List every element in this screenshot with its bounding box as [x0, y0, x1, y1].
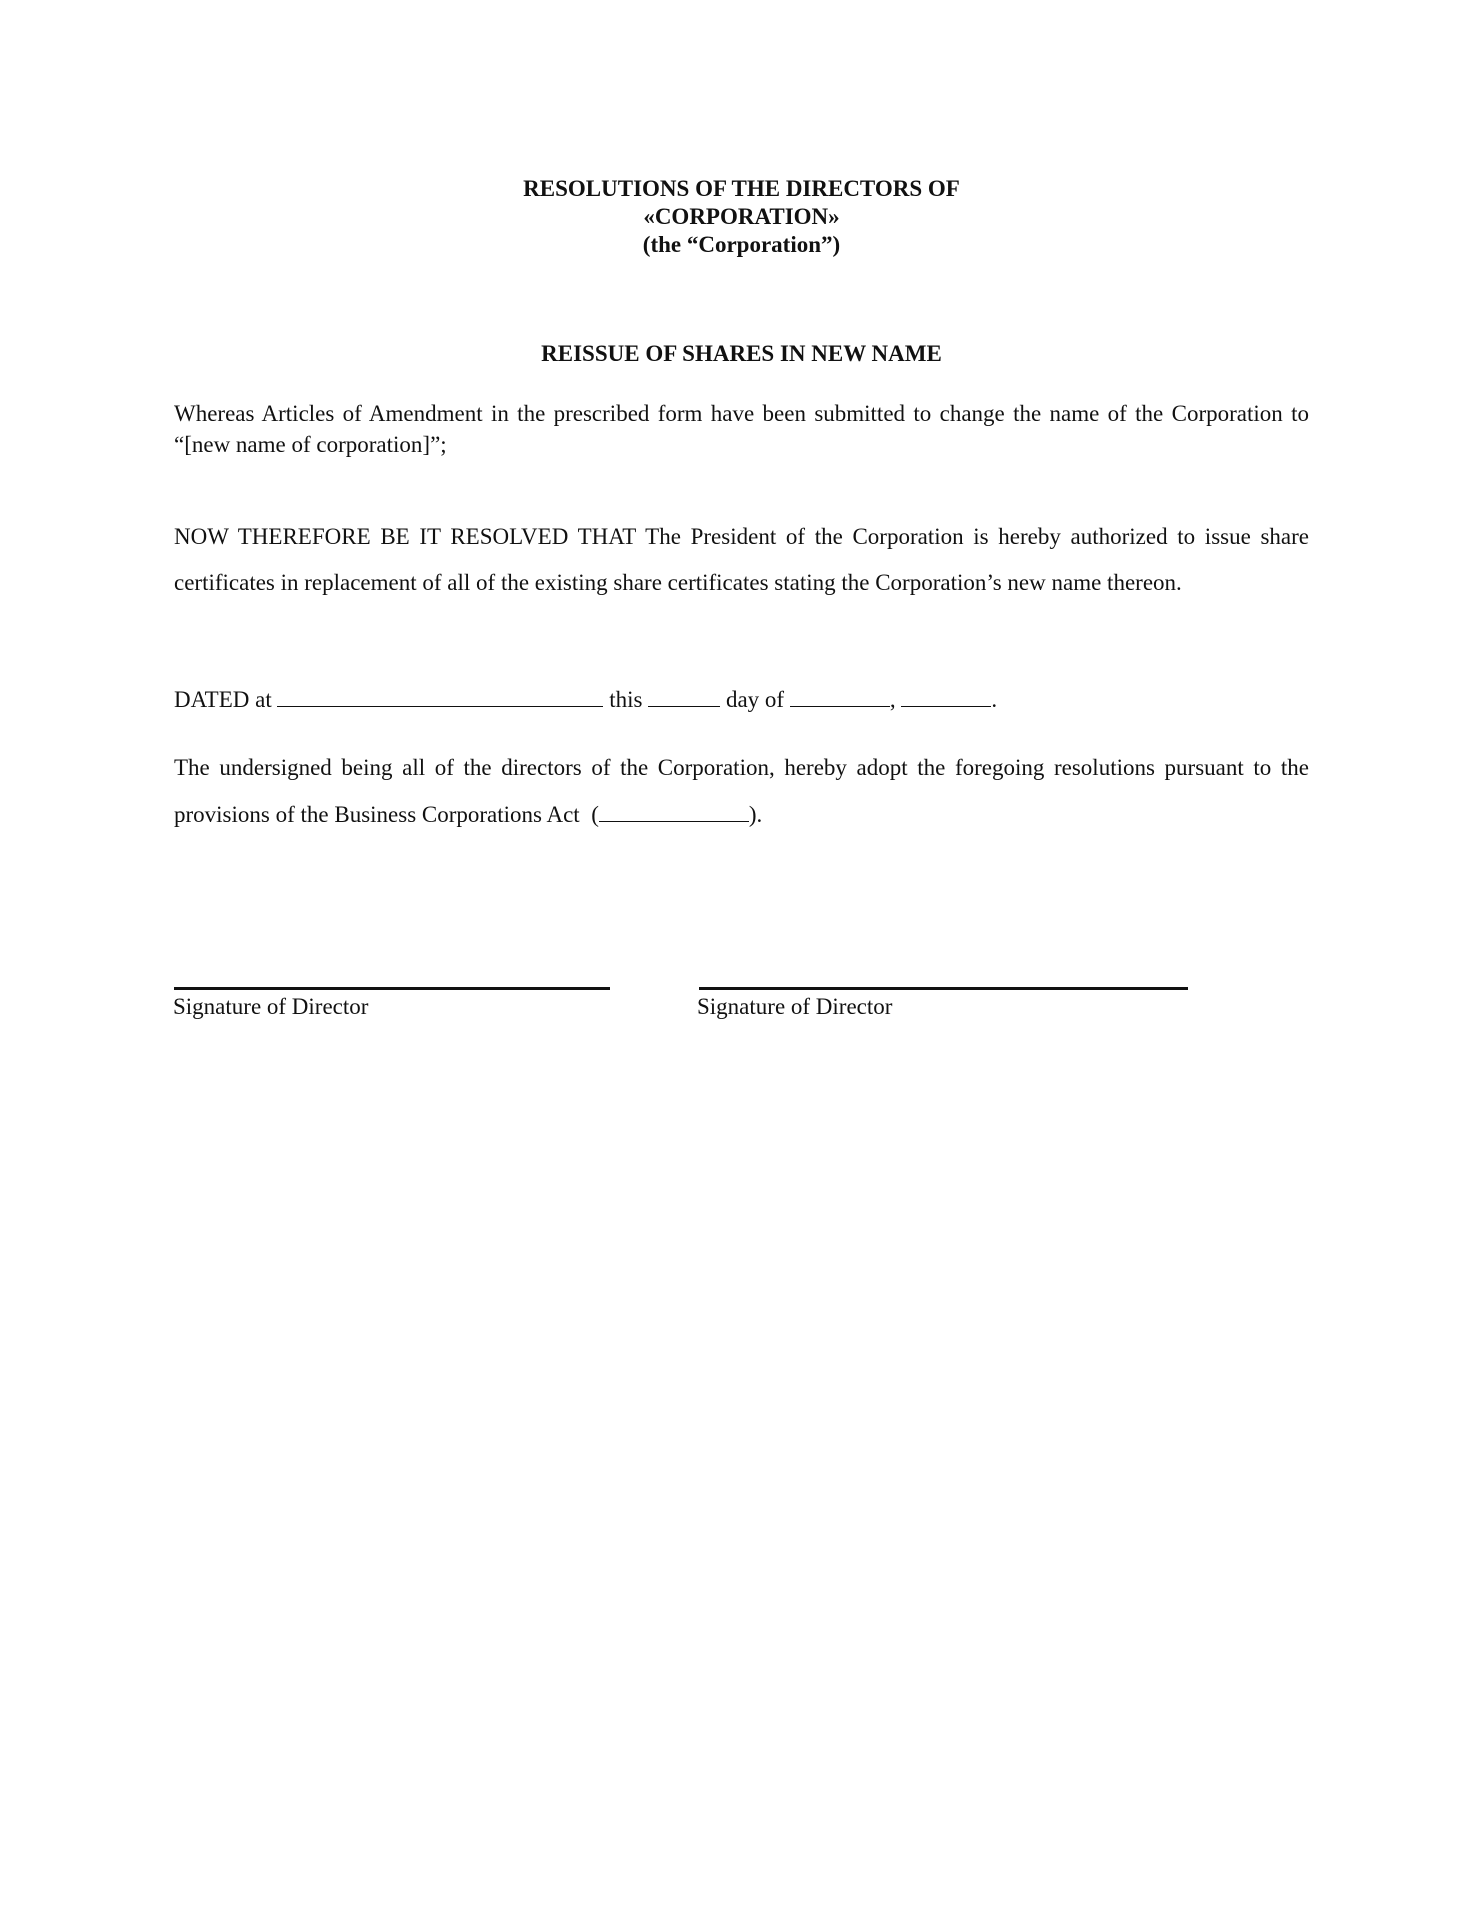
year-blank-field[interactable] [901, 688, 991, 707]
adoption-close-paren: ). [749, 802, 762, 827]
whereas-paragraph: Whereas Articles of Amendment in the pre… [174, 398, 1309, 460]
document-title-definition: (the “Corporation”) [0, 231, 1483, 259]
dated-line: DATED at this day of , . [174, 684, 1309, 715]
resolution-heading: REISSUE OF SHARES IN NEW NAME [0, 341, 1483, 367]
document-page: RESOLUTIONS OF THE DIRECTORS OF «CORPORA… [0, 0, 1483, 1920]
document-title-line-1: RESOLUTIONS OF THE DIRECTORS OF [0, 175, 1483, 203]
document-title-corporation: «CORPORATION» [0, 203, 1483, 231]
signature-line-1[interactable] [174, 987, 610, 990]
place-blank-field[interactable] [277, 688, 603, 707]
adoption-paragraph: The undersigned being all of the directo… [174, 744, 1309, 838]
month-blank-field[interactable] [790, 688, 890, 707]
jurisdiction-blank-field[interactable] [599, 803, 749, 822]
adoption-open-paren: ( [591, 802, 599, 827]
signature-label-2: Signature of Director [697, 992, 892, 1022]
resolution-paragraph: NOW THEREFORE BE IT RESOLVED THAT The Pr… [174, 514, 1309, 606]
dated-period: . [991, 687, 997, 712]
signature-line-2[interactable] [699, 987, 1188, 990]
day-blank-field[interactable] [648, 688, 720, 707]
dated-day-of: day of [726, 687, 784, 712]
dated-comma: , [890, 687, 896, 712]
signature-label-1: Signature of Director [173, 992, 368, 1022]
dated-this: this [609, 687, 642, 712]
dated-prefix: DATED at [174, 687, 272, 712]
